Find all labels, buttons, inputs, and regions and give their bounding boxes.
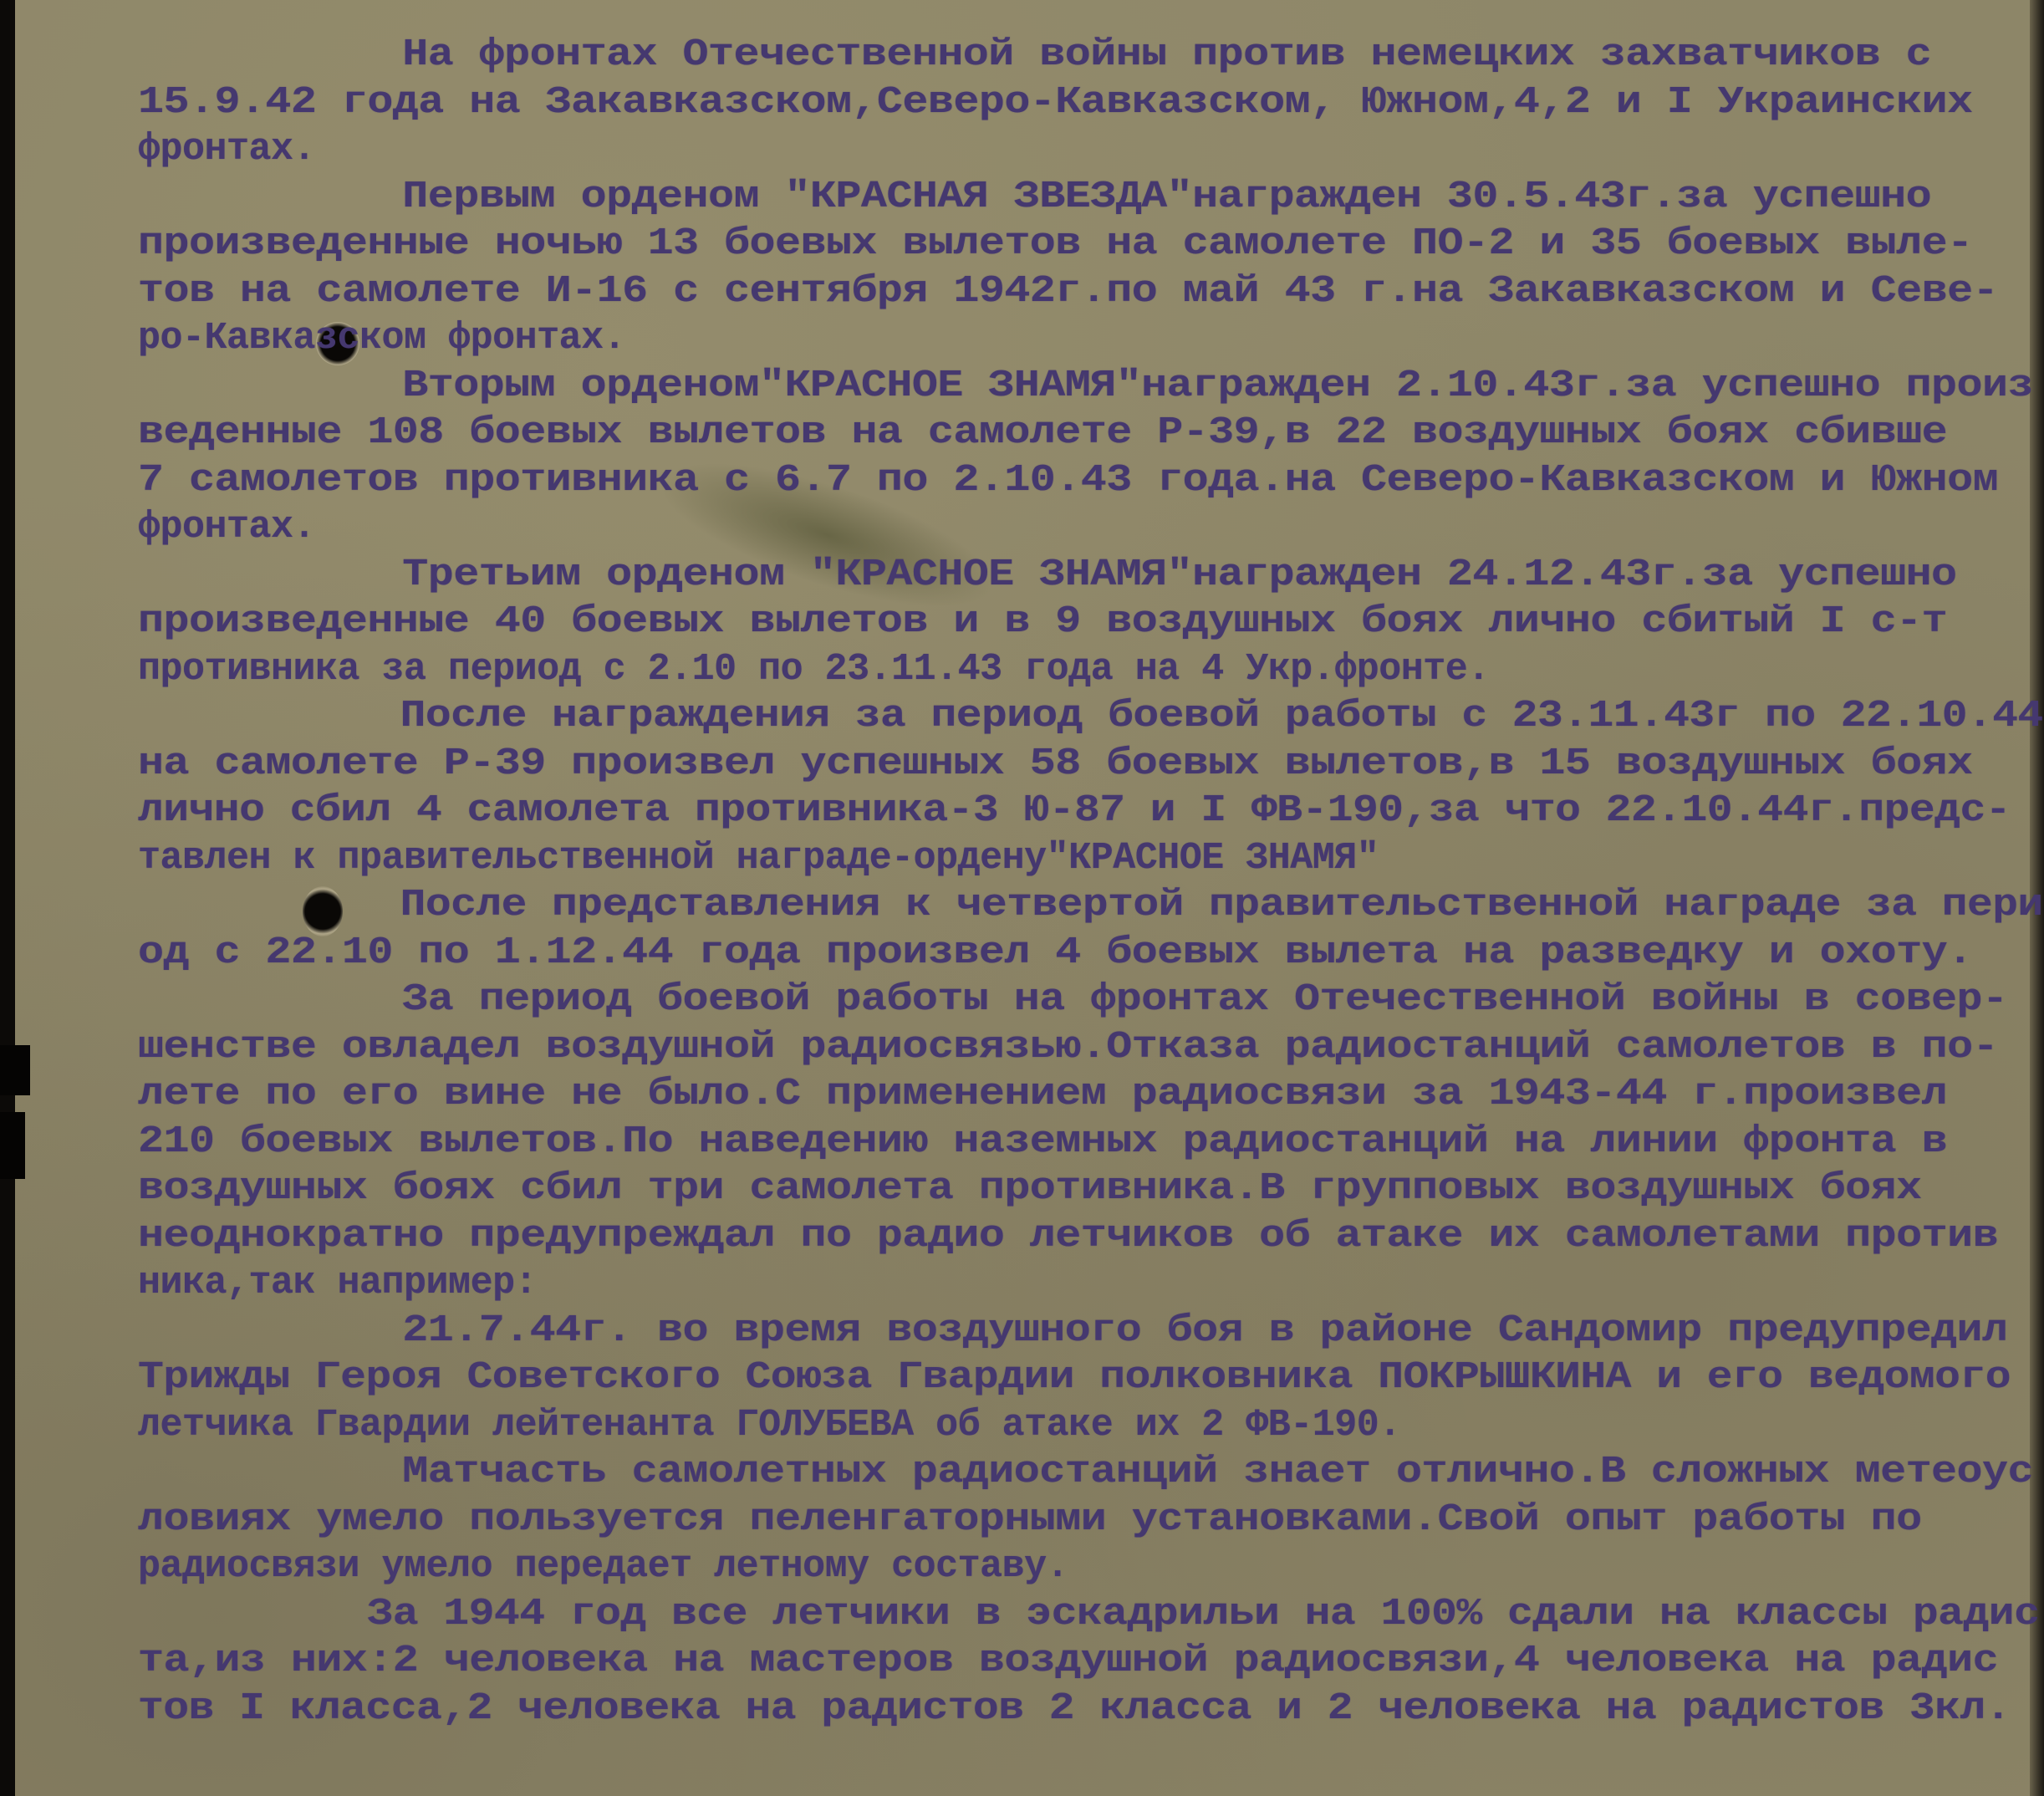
text-line: лично сбил 4 самолета противника-3 Ю-87 … (138, 788, 2044, 835)
paragraph: После награждения за период боевой работ… (138, 693, 2011, 882)
text-line: на самолете Р-39 произвел успешных 58 бо… (138, 741, 2044, 788)
text-line: воздушных боях сбил три самолета противн… (138, 1166, 2044, 1213)
text-line: радиосвязи умело передает летному состав… (138, 1543, 2011, 1591)
paragraph: Первым орденом "КРАСНАЯ ЗВЕЗДА"награжден… (138, 174, 2011, 363)
paragraph: После представления к четвертой правител… (138, 882, 2011, 977)
text-line: Вторым орденом"КРАСНОЕ ЗНАМЯ"награжден 2… (138, 363, 2044, 411)
text-line: летчика Гвардии лейтенанта ГОЛУБЕВА об а… (138, 1402, 2011, 1450)
text-line: веденные 108 боевых вылетов на самолете … (138, 410, 2044, 457)
paragraph: На фронтах Отечественной войны против не… (138, 32, 2011, 174)
text-line: произведенные 40 боевых вылетов и в 9 во… (138, 599, 2044, 646)
text-line: После представления к четвертой правител… (138, 882, 2044, 930)
text-line: Трижды Героя Советского Союза Гвардии по… (138, 1355, 2044, 1402)
text-line: противника за период с 2.10 по 23.11.43 … (138, 646, 2011, 694)
text-line: тов на самолете И-16 с сентября 1942г.по… (138, 268, 2044, 316)
text-line: произведенные ночью 13 боевых вылетов на… (138, 221, 2044, 268)
text-line: За период боевой работы на фронтах Отече… (138, 977, 2044, 1024)
text-line: После награждения за период боевой работ… (138, 693, 2044, 741)
text-line: 15.9.42 года на Закавказском,Северо-Кавк… (138, 79, 2044, 127)
text-line: тов I класса,2 человека на радистов 2 кл… (138, 1686, 2044, 1733)
text-line: неоднократно предупреждал по радио летчи… (138, 1213, 2044, 1261)
paragraph: Вторым орденом"КРАСНОЕ ЗНАМЯ"награжден 2… (138, 363, 2011, 552)
text-line: 210 боевых вылетов.По наведению наземных… (138, 1119, 2044, 1166)
text-line: лете по его вине не было.С применением р… (138, 1071, 2044, 1119)
text-line: од с 22.10 по 1.12.44 года произвел 4 бо… (138, 930, 2044, 977)
text-line: Третьим орденом "КРАСНОЕ ЗНАМЯ"награжден… (138, 552, 2044, 600)
page-edge-damage (0, 1112, 25, 1179)
text-line: За 1944 год все летчики в эскадрильи на … (138, 1591, 2044, 1639)
text-line: ника,так например: (138, 1260, 2011, 1308)
text-line: шенстве овладел воздушной радиосвязью.От… (138, 1024, 2044, 1072)
text-line: Матчасть самолетных радиостанций знает о… (138, 1449, 2044, 1497)
text-line: ро-Кавказском фронтах. (138, 315, 2011, 363)
paragraph: За 1944 год все летчики в эскадрильи на … (138, 1591, 2011, 1733)
text-line: 21.7.44г. во время воздушного боя в райо… (138, 1308, 2044, 1355)
text-line: Первым орденом "КРАСНАЯ ЗВЕЗДА"награжден… (138, 174, 2044, 222)
text-line: тавлен к правительственной награде-орден… (138, 835, 2011, 883)
paragraph: За период боевой работы на фронтах Отече… (138, 977, 2011, 1308)
text-line: фронтах. (138, 126, 2011, 174)
document-body: На фронтах Отечественной войны против не… (138, 32, 2011, 1732)
paragraph: 21.7.44г. во время воздушного боя в райо… (138, 1308, 2011, 1450)
text-line: На фронтах Отечественной войны против не… (138, 32, 2044, 79)
text-line: 7 самолетов противника с 6.7 по 2.10.43 … (138, 457, 2044, 505)
text-line: фронтах. (138, 504, 2011, 552)
text-line: ловиях умело пользуется пеленгаторными у… (138, 1497, 2044, 1544)
text-line: та,из них:2 человека на мастеров воздушн… (138, 1638, 2044, 1686)
paragraph: Матчасть самолетных радиостанций знает о… (138, 1449, 2011, 1591)
page-edge-damage (0, 1045, 30, 1095)
paragraph: Третьим орденом "КРАСНОЕ ЗНАМЯ"награжден… (138, 552, 2011, 694)
